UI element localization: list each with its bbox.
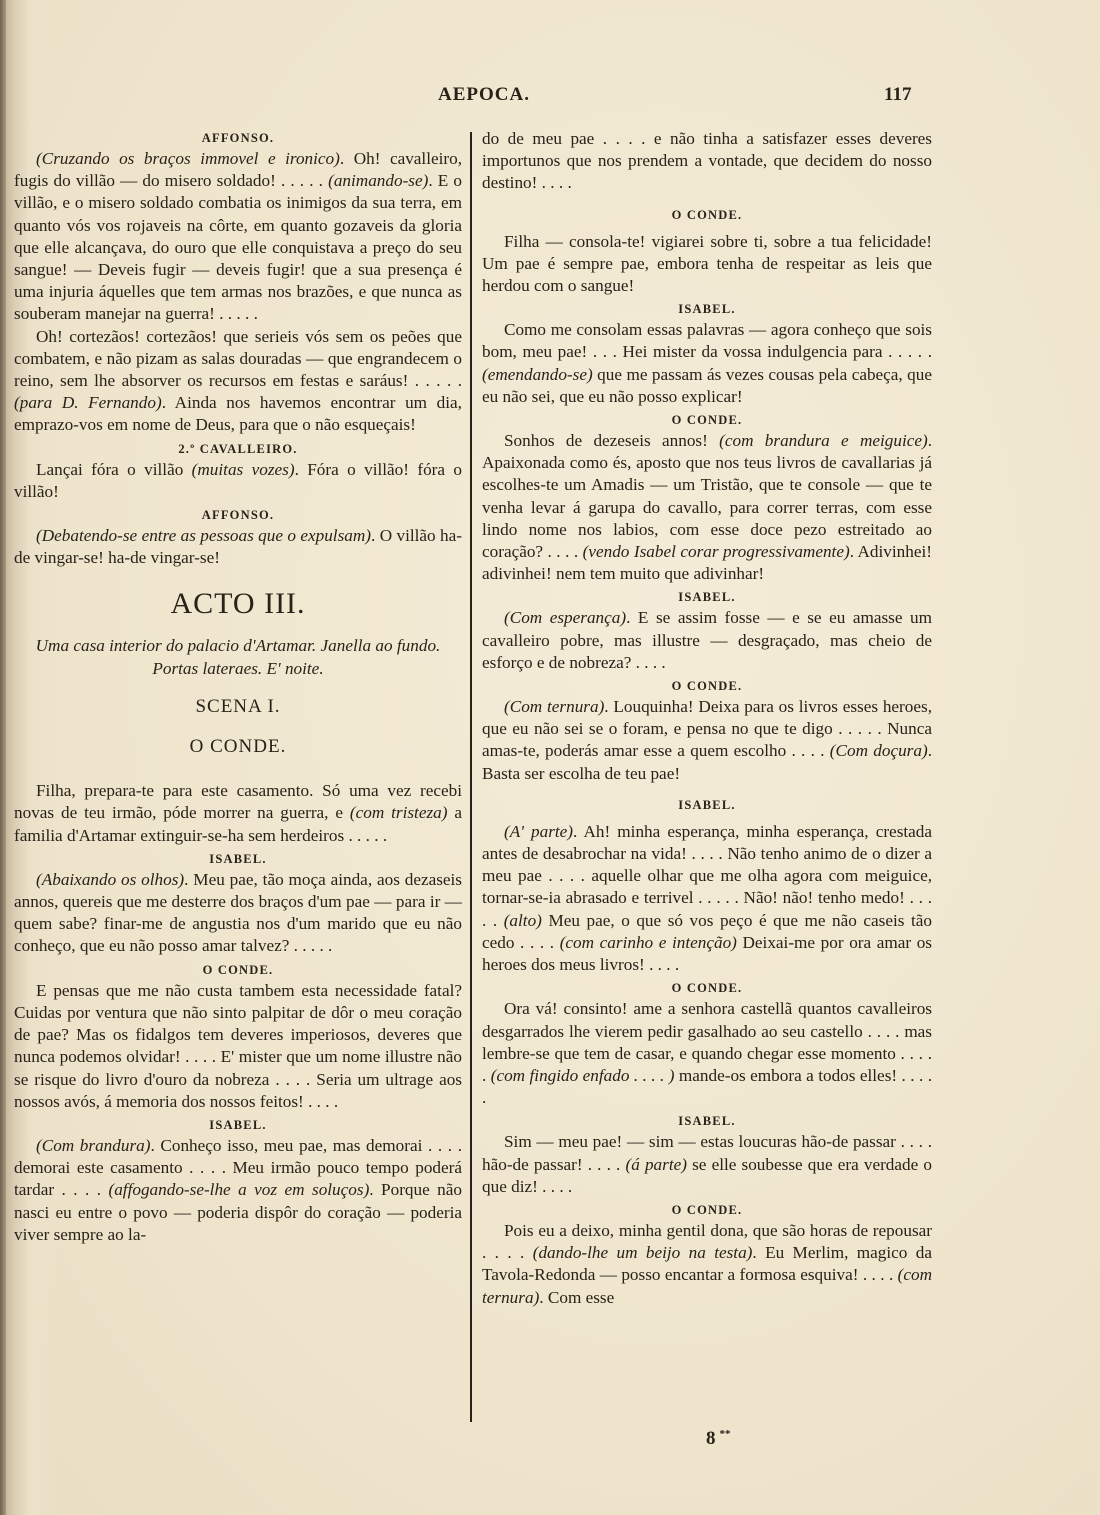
stage-direction: (animando-se) — [328, 171, 428, 190]
stage-direction: (para D. Fernando) — [14, 393, 162, 412]
stage-direction: (Cruzando os braços immovel e ironico) — [36, 149, 340, 168]
speaker-name: ISABEL. — [14, 1115, 462, 1135]
column-divider — [470, 132, 472, 1422]
dialogue-text: do de meu pae . . . . e não tinha a sati… — [482, 129, 932, 192]
dialogue-paragraph: (Cruzando os braços immovel e ironico). … — [14, 148, 462, 326]
dialogue-text: . Com esse — [539, 1288, 614, 1307]
stage-direction: (Com esperança) — [504, 608, 626, 627]
stage-direction: (alto) — [504, 911, 542, 930]
scene-character: O CONDE. — [14, 736, 462, 758]
speaker-name: O CONDE. — [482, 205, 932, 225]
stage-direction: (vendo Isabel corar progressivamente) — [583, 542, 850, 561]
speaker-name: O CONDE. — [482, 410, 932, 430]
dialogue-paragraph: (Debatendo-se entre as pessoas que o exp… — [14, 525, 462, 569]
speaker-name: ISABEL. — [482, 299, 932, 319]
stage-direction: (Debatendo-se entre as pessoas que o exp… — [36, 526, 371, 545]
dialogue-paragraph: Filha, prepara-te para este casamento. S… — [14, 780, 462, 847]
signature-number: 8 — [706, 1428, 716, 1449]
stage-setting: Uma casa interior do palacio d'Artamar. … — [14, 635, 462, 679]
speaker-name: ISABEL. — [482, 795, 932, 815]
stage-direction: (á parte) — [626, 1155, 687, 1174]
dialogue-paragraph: Filha — consola-te! vigiarei sobre ti, s… — [482, 231, 932, 298]
scene-title: SCENA I. — [14, 696, 462, 718]
stage-direction: (com carinho e intenção) — [560, 933, 737, 952]
dialogue-paragraph: Oh! cortezãos! cortezãos! que serieis vó… — [14, 326, 462, 437]
dialogue-text: Como me consolam essas palavras — agora … — [482, 320, 932, 361]
dialogue-paragraph: E pensas que me não custa tambem esta ne… — [14, 980, 462, 1113]
dialogue-paragraph: Lançai fóra o villão (muitas vozes). Fór… — [14, 459, 462, 503]
dialogue-paragraph: (Abaixando os olhos). Meu pae, tão moça … — [14, 869, 462, 958]
stage-direction: (A' parte) — [504, 822, 573, 841]
running-head: AEPOCA. — [438, 84, 530, 106]
signature-stars: ** — [720, 1428, 731, 1440]
speaker-name: O CONDE. — [482, 978, 932, 998]
dialogue-paragraph: Pois eu a deixo, minha gentil dona, que … — [482, 1220, 932, 1309]
speaker-name: AFFONSO. — [14, 128, 462, 148]
speaker-name: O CONDE. — [482, 1200, 932, 1220]
right-column: do de meu pae . . . . e não tinha a sati… — [482, 128, 932, 1309]
dialogue-paragraph: (A' parte). Ah! minha esperança, minha e… — [482, 821, 932, 976]
stage-direction: (Abaixando os olhos) — [36, 870, 184, 889]
dialogue-text: Sonhos de dezeseis annos! — [504, 431, 719, 450]
stage-direction: (muitas vozes) — [192, 460, 295, 479]
act-title: ACTO III. — [14, 587, 462, 621]
dialogue-text: Filha — consola-te! vigiarei sobre ti, s… — [482, 232, 932, 295]
stage-direction: (Com brandura) — [36, 1136, 150, 1155]
dialogue-paragraph: Sim — meu pae! — sim — estas loucuras hã… — [482, 1131, 932, 1198]
stage-direction: (Com doçura) — [830, 741, 928, 760]
stage-direction: (emendando-se) — [482, 365, 593, 384]
stage-direction: (com tristeza) — [350, 803, 448, 822]
stage-direction: (com fingido enfado . . . . ) — [491, 1066, 675, 1085]
speaker-name: O CONDE. — [14, 960, 462, 980]
dialogue-text: Oh! cortezãos! cortezãos! que serieis vó… — [14, 327, 462, 390]
stage-direction: (Com ternura) — [504, 697, 604, 716]
stage-direction: (affogando-se-lhe a voz em soluços) — [108, 1180, 369, 1199]
dialogue-paragraph: (Com esperança). E se assim fosse — e se… — [482, 607, 932, 674]
speaker-name: AFFONSO. — [14, 505, 462, 525]
document-page: AEPOCA. 117 AFFONSO.(Cruzando os braços … — [0, 0, 1100, 1515]
dialogue-paragraph: Como me consolam essas palavras — agora … — [482, 319, 932, 408]
signature-mark: 8** — [706, 1428, 731, 1450]
left-column: AFFONSO.(Cruzando os braços immovel e ir… — [14, 126, 462, 1246]
dialogue-text: E pensas que me não custa tambem esta ne… — [14, 981, 462, 1111]
dialogue-text: . E o villão, e o misero soldado combati… — [14, 171, 462, 323]
speaker-name: O CONDE. — [482, 676, 932, 696]
binding-edge — [0, 0, 6, 1515]
dialogue-paragraph: Sonhos de dezeseis annos! (com brandura … — [482, 430, 932, 585]
stage-direction: (com brandura e meiguice) — [719, 431, 928, 450]
dialogue-paragraph: do de meu pae . . . . e não tinha a sati… — [482, 128, 932, 195]
dialogue-paragraph: (Com ternura). Louquinha! Deixa para os … — [482, 696, 932, 785]
speaker-name: ISABEL. — [482, 587, 932, 607]
dialogue-text: Lançai fóra o villão — [36, 460, 192, 479]
speaker-name: 2.º CAVALLEIRO. — [14, 439, 462, 459]
dialogue-paragraph: (Com brandura). Conheço isso, meu pae, m… — [14, 1135, 462, 1246]
stage-direction: (dando-lhe um beijo na testa) — [533, 1243, 753, 1262]
speaker-name: ISABEL. — [14, 849, 462, 869]
dialogue-paragraph: Ora vá! consinto! ame a senhora castellã… — [482, 998, 932, 1109]
speaker-name: ISABEL. — [482, 1111, 932, 1131]
page-number: 117 — [884, 84, 911, 106]
